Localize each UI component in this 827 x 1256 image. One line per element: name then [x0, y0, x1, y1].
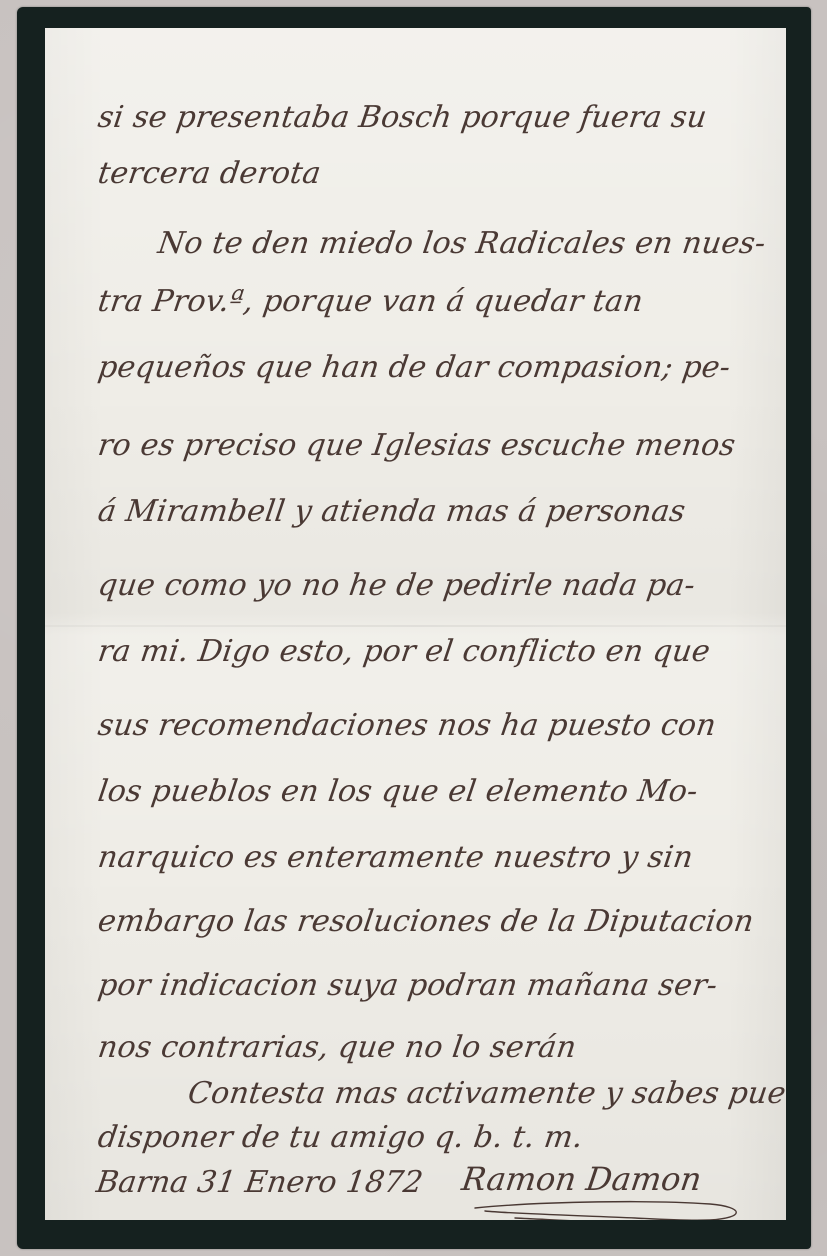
letter-line: narquico es enteramente nuestro y sin [95, 836, 780, 880]
place-date: Barna 31 Enero 1872 [93, 1158, 426, 1208]
letter-line: á Mirambell y atienda mas á personas [95, 490, 780, 534]
letter-line: tra Prov.ª, porque van á quedar tan [95, 280, 780, 324]
letter-line: pequeños que han de dar compasion; pe- [95, 346, 780, 390]
letter-line: ro es preciso que Iglesias escuche menos [95, 424, 780, 468]
letter-line: embargo las resoluciones de la Diputacio… [95, 900, 780, 944]
letter-line: por indicacion suya podran mañana ser- [95, 964, 780, 1008]
letter-body: si se presentaba Bosch porque fuera su t… [45, 28, 786, 1220]
letter-line: ra mi. Digo esto, por el conflicto en qu… [95, 630, 780, 674]
letter-line: si se presentaba Bosch porque fuera su [95, 96, 780, 140]
letter-line: No te den miedo los Radicales en nues- [155, 222, 780, 266]
letter-line: nos contrarias, que no lo serán [95, 1026, 780, 1070]
letter-line: sus recomendaciones nos ha puesto con [95, 704, 780, 748]
letter-line: tercera derota [95, 152, 780, 196]
letter-paper: si se presentaba Bosch porque fuera su t… [45, 28, 786, 1220]
letter-line: que como yo no he de pedirle nada pa- [95, 564, 780, 608]
closing-line: Contesta mas activamente y sabes pue- [185, 1072, 780, 1116]
signature-flourish-icon [455, 1196, 785, 1220]
letter-line: los pueblos en los que el elemento Mo- [95, 770, 780, 814]
